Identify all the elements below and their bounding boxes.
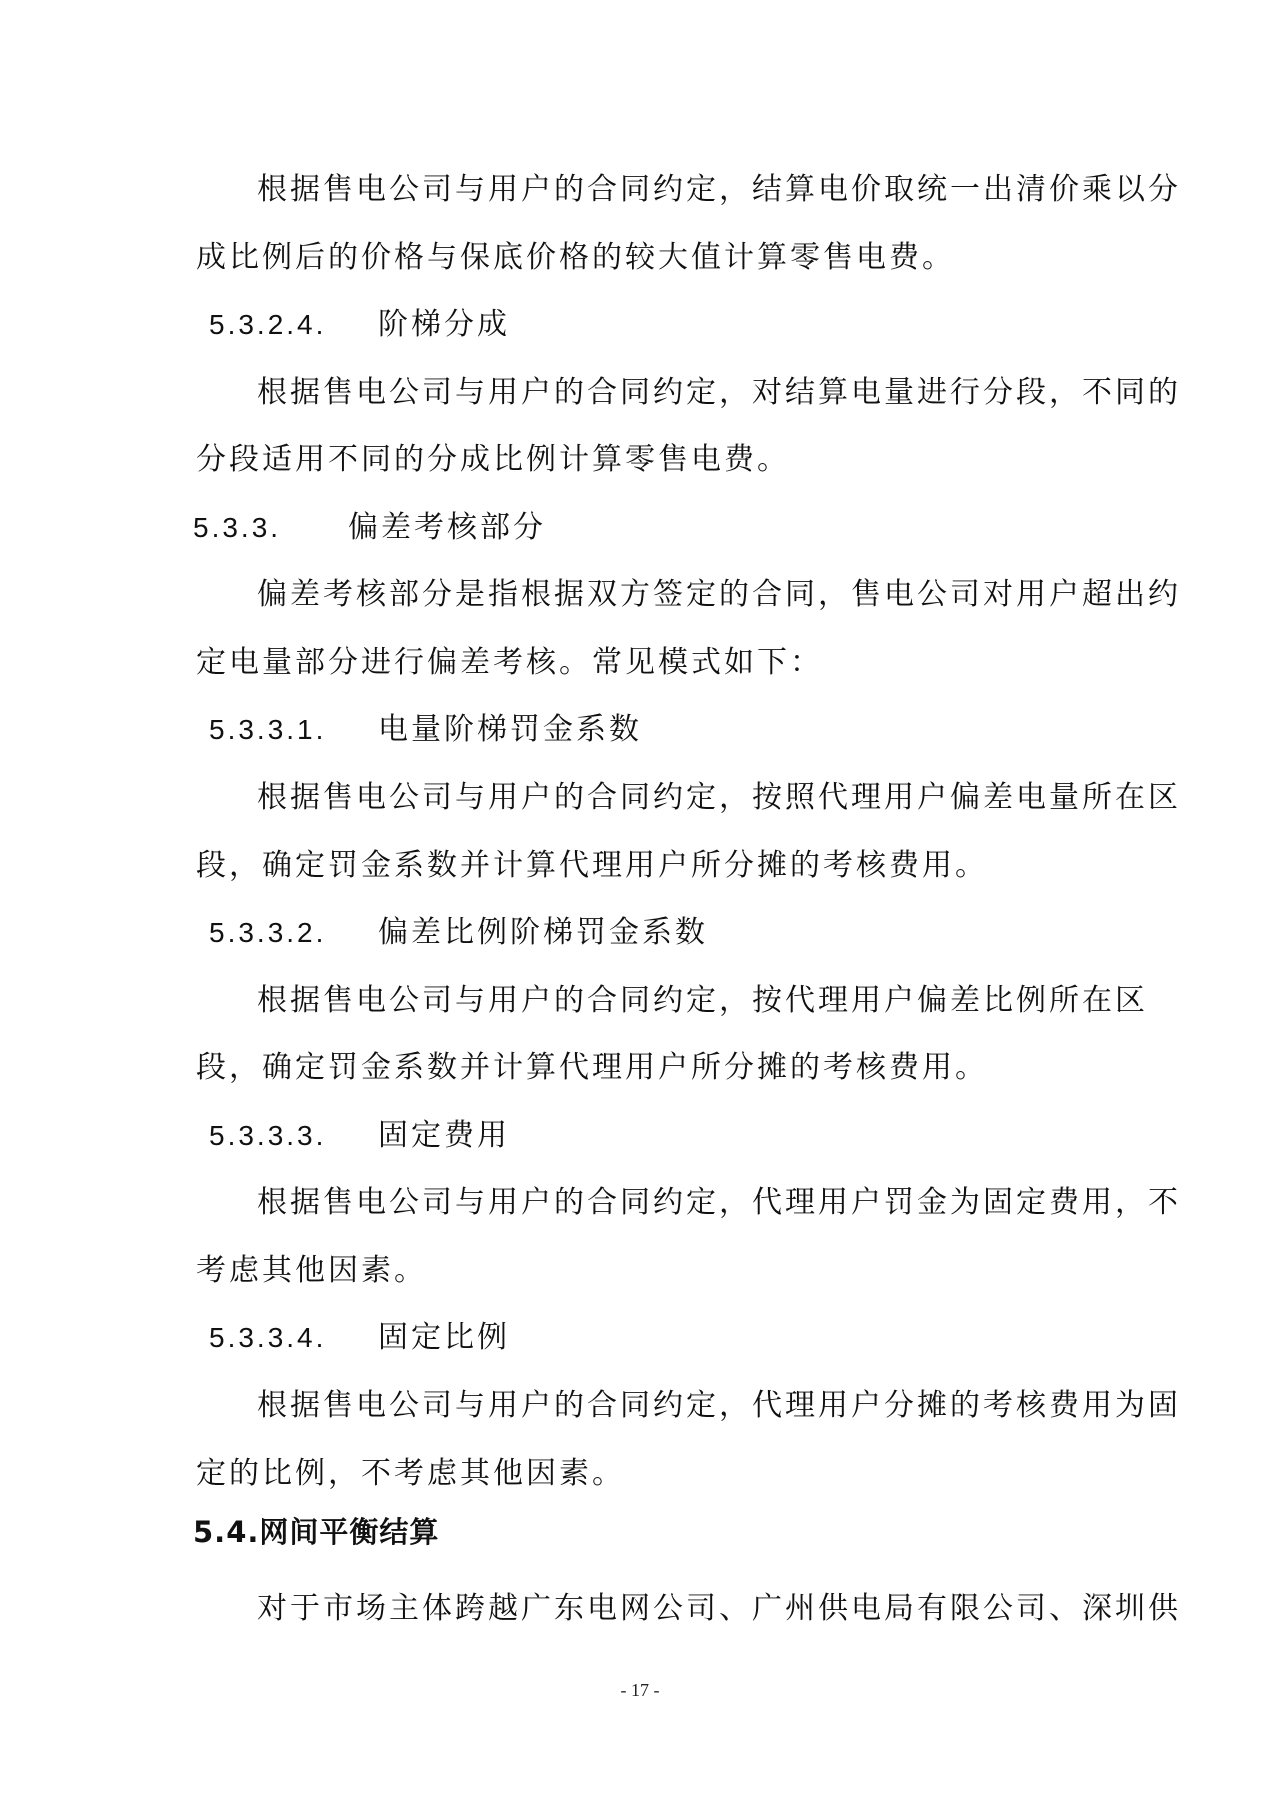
section-heading-5-3-2-4: 5.3.2.4. 阶梯分成: [0, 305, 1280, 345]
document-page: 根据售电公司与用户的合同约定，结算电价取统一出清价乘以分 成比例后的价格与保底价…: [0, 0, 1280, 1809]
page-number: - 17 -: [0, 1680, 1280, 1701]
section-title: 电量阶梯罚金系数: [378, 710, 642, 750]
section-heading-5-3-3-1: 5.3.3.1. 电量阶梯罚金系数: [0, 710, 1280, 750]
section-number: 5.3.3.3.: [209, 1116, 326, 1156]
paragraph-line: 根据售电公司与用户的合同约定，对结算电量进行分段，不同的: [257, 373, 1087, 413]
paragraph-line: 分段适用不同的分成比例计算零售电费。: [196, 440, 790, 480]
section-number: 5.3.2.4.: [209, 305, 326, 345]
section-number: 5.4.: [193, 1515, 259, 1549]
paragraph-line: 根据售电公司与用户的合同约定，代理用户分摊的考核费用为固: [257, 1386, 1087, 1426]
section-number: 5.3.3.1.: [209, 710, 326, 750]
section-number: 5.3.3.2.: [209, 913, 326, 953]
paragraph-line: 定的比例，不考虑其他因素。: [196, 1454, 625, 1494]
paragraph-line: 根据售电公司与用户的合同约定，结算电价取统一出清价乘以分: [257, 170, 1087, 210]
section-heading-5-3-3-2: 5.3.3.2. 偏差比例阶梯罚金系数: [0, 913, 1280, 953]
section-heading-5-4: 5.4.网间平衡结算: [193, 1512, 439, 1552]
paragraph-line: 考虑其他因素。: [196, 1251, 427, 1291]
paragraph-line: 对于市场主体跨越广东电网公司、广州供电局有限公司、深圳供: [257, 1589, 1087, 1629]
section-title: 固定比例: [378, 1318, 510, 1358]
section-number: 5.3.3.4.: [209, 1318, 326, 1358]
section-title: 偏差比例阶梯罚金系数: [378, 913, 708, 953]
paragraph-line: 根据售电公司与用户的合同约定，代理用户罚金为固定费用，不: [257, 1183, 1087, 1223]
section-heading-5-3-3: 5.3.3. 偏差考核部分: [0, 508, 1280, 548]
section-heading-5-3-3-4: 5.3.3.4. 固定比例: [0, 1318, 1280, 1358]
paragraph-line: 根据售电公司与用户的合同约定，按代理用户偏差比例所在区: [257, 981, 1087, 1021]
section-title: 固定费用: [378, 1116, 510, 1156]
section-number: 5.3.3.: [193, 508, 281, 548]
paragraph-line: 段，确定罚金系数并计算代理用户所分摊的考核费用。: [196, 846, 988, 886]
paragraph-line: 定电量部分进行偏差考核。常见模式如下：: [196, 643, 823, 683]
section-title: 网间平衡结算: [259, 1515, 439, 1549]
section-heading-5-3-3-3: 5.3.3.3. 固定费用: [0, 1116, 1280, 1156]
paragraph-line: 成比例后的价格与保底价格的较大值计算零售电费。: [196, 238, 955, 278]
section-title: 偏差考核部分: [348, 508, 546, 548]
paragraph-line: 偏差考核部分是指根据双方签定的合同，售电公司对用户超出约: [257, 575, 1087, 615]
paragraph-line: 根据售电公司与用户的合同约定，按照代理用户偏差电量所在区: [257, 778, 1087, 818]
section-title: 阶梯分成: [378, 305, 510, 345]
paragraph-line: 段，确定罚金系数并计算代理用户所分摊的考核费用。: [196, 1048, 988, 1088]
